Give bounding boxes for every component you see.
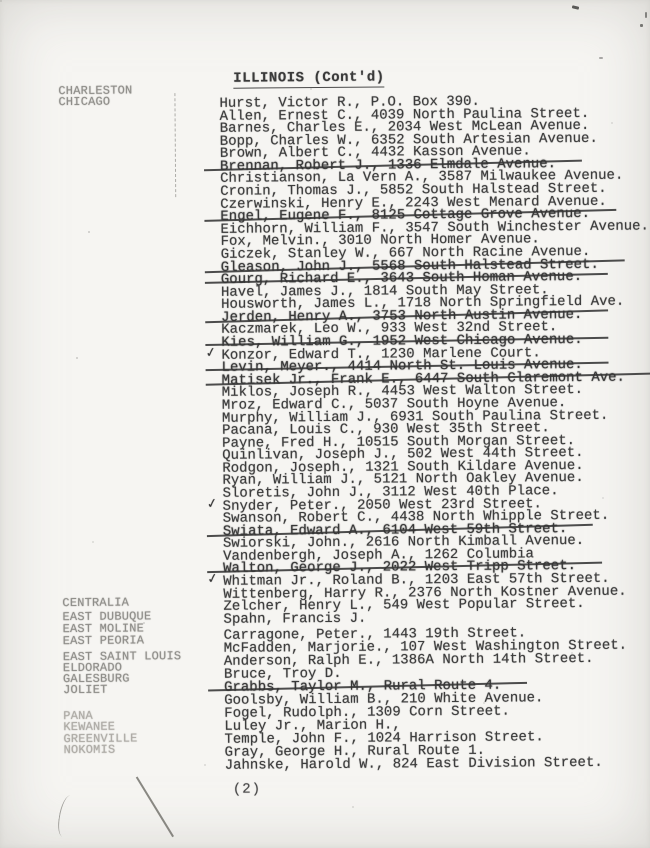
roster-entry: Jahnske, Harold W., 824 East Division St… xyxy=(225,756,603,773)
document-sheet: ILLINOIS (Cont'd) (2) Hurst, Victor R., … xyxy=(0,0,650,848)
scan-noise xyxy=(0,0,2,2)
roster-entry-text: Jahnske, Harold W., 824 East Division St… xyxy=(225,755,603,774)
margin-city-label: CENTRALIA xyxy=(62,596,129,611)
page-title: ILLINOIS (Cont'd) xyxy=(233,70,384,89)
check-mark-icon: ✓ xyxy=(206,496,218,512)
scan-speck xyxy=(645,12,647,18)
roster-entry: Spahn, Francis J. xyxy=(223,611,366,626)
pen-stroke xyxy=(136,777,174,838)
pen-stroke xyxy=(56,794,77,838)
margin-city-label: CHICAGO xyxy=(58,95,110,109)
scan-speck xyxy=(599,57,603,59)
margin-guide-line xyxy=(174,93,176,197)
scan-speck xyxy=(640,24,643,27)
margin-city-label: NOKOMIS xyxy=(63,743,115,757)
page-number: (2) xyxy=(233,782,261,798)
roster-entry-text: Spahn, Francis J. xyxy=(223,610,366,627)
margin-city-label: EAST PEORIA xyxy=(63,633,145,648)
check-mark-icon: ✓ xyxy=(207,571,219,587)
scanned-document-page: ILLINOIS (Cont'd) (2) Hurst, Victor R., … xyxy=(0,0,650,848)
margin-city-label: JOLIET xyxy=(63,683,108,697)
check-mark-icon: ✓ xyxy=(205,345,217,361)
